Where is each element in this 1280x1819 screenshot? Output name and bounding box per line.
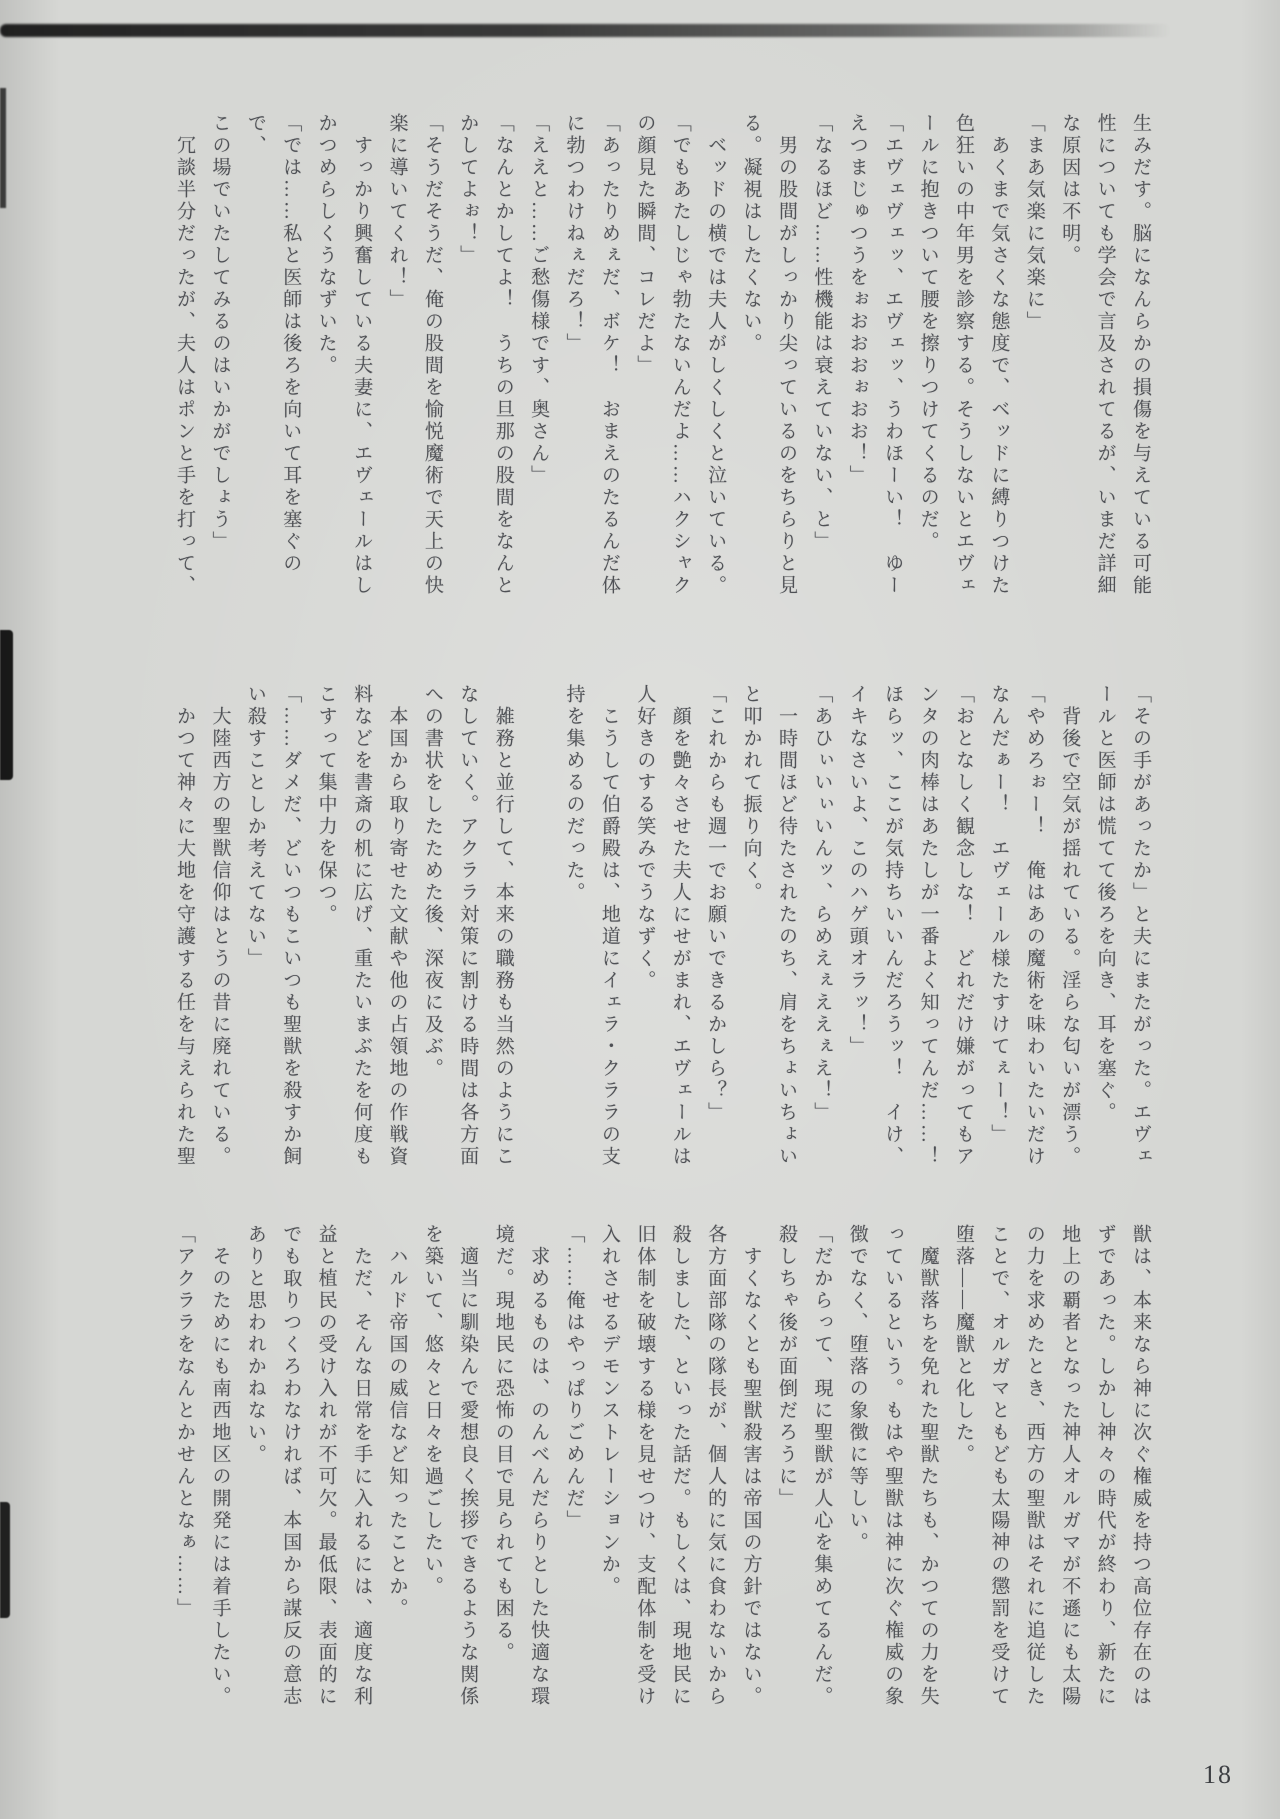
text-column: 旧体制を破壊する様を見せつけ、支配体制を受け xyxy=(627,1224,662,1724)
text-column: 大陸西方の聖獣信仰はとうの昔に廃れている。 xyxy=(202,684,237,1184)
text-column: ただ、そんな日常を手に入れるには、適度な利 xyxy=(344,1224,379,1724)
text-column: ずであった。しかし神々の時代が終わり、新たに xyxy=(1087,1224,1122,1724)
text-column: 背後で空気が揺れている。淫らな匂いが漂う。 xyxy=(1052,684,1087,1184)
text-column: なんだぁー！ エヴェール様たすけてぇー！」 xyxy=(981,684,1016,1184)
text-column: 楽に導いてくれ！」 xyxy=(379,113,414,613)
text-column: 殺しました、といった話だ。もしくは、現地民に xyxy=(662,1224,697,1724)
text-column xyxy=(521,684,556,1184)
text-column: 雑務と並行して、本来の職務も当然のようにこ xyxy=(485,684,520,1184)
text-column: すっかり興奮している夫妻に、エヴェールはし xyxy=(344,113,379,613)
text-column: 「……俺はやっぱりごめんだ」 xyxy=(556,1224,591,1724)
text-column: る。凝視はしたくない。 xyxy=(733,113,768,613)
text-column: 境だ。現地民に恐怖の目で見られても困る。 xyxy=(485,1224,520,1724)
text-column: 生みだす。脳になんらかの損傷を与えている可能 xyxy=(1123,113,1158,613)
text-column: かつめらしくうなずいた。 xyxy=(308,113,343,613)
text-column: 獣は、本来なら神に次ぐ権威を持つ高位存在のは xyxy=(1123,1224,1158,1724)
text-column: 徴でなく、堕落の象徴に等しい。 xyxy=(839,1224,874,1724)
text-column: 「なんとかしてよ！ うちの旦那の股間をなんと xyxy=(485,113,520,613)
scanned-book-page: { "document": { "language": "ja", "writi… xyxy=(0,0,1280,1819)
text-column: こすって集中力を保つ。 xyxy=(308,684,343,1184)
text-column: ハルド帝国の威信など知ったことか。 xyxy=(379,1224,414,1724)
text-column: 冗談半分だったが、夫人はポンと手を打って、 xyxy=(167,113,202,613)
text-column: を築いて、悠々と日々を過ごしたい。 xyxy=(414,1224,449,1724)
text-column: ールに抱きついて腰を擦りつけてくるのだ。 xyxy=(910,113,945,613)
text-column: 「あひぃいぃいんッ、らめえぇええぇえ！」 xyxy=(804,684,839,1184)
text-column: い殺すことしか考えてない」 xyxy=(237,684,272,1184)
scan-smudge-left-middle xyxy=(0,630,13,780)
text-column: 「でもあたしじゃ勃たないんだよ……ハクシャク xyxy=(662,113,697,613)
text-column: 一時間ほど待たされたのち、肩をちょいちょい xyxy=(769,684,804,1184)
text-column: そのためにも南西地区の開発には着手したい。 xyxy=(202,1224,237,1724)
text-column: に勃つわけねぇだろ！」 xyxy=(556,113,591,613)
text-column: 堕落――魔獣と化した。 xyxy=(946,1224,981,1724)
text-column: 益と植民の受け入れが不可欠。最低限、表面的に xyxy=(308,1224,343,1724)
text-column: なしていく。アクララ対策に割ける時間は各方面 xyxy=(450,684,485,1184)
text-column: 「アクララをなんとかせんとなぁ……」 xyxy=(167,1224,202,1724)
text-column: すくなくとも聖獣殺害は帝国の方針ではない。 xyxy=(733,1224,768,1724)
text-column: イキなさいよ、このハゲ頭オラッ！」 xyxy=(839,684,874,1184)
text-column: 「これからも週一でお願いできるかしら？」 xyxy=(698,684,733,1184)
text-column: かしてよぉ！」 xyxy=(450,113,485,613)
text-column: 持を集めるのだった。 xyxy=(556,684,591,1184)
text-column: 「ええと……ご愁傷様です、奥さん」 xyxy=(521,113,556,613)
text-column: あくまで気さくな態度で、ベッドに縛りつけた xyxy=(981,113,1016,613)
text-band-top: 生みだす。脳になんらかの損傷を与えている可能性についても学会で言及されてるが、い… xyxy=(167,113,1158,613)
text-column: っているという。もはや聖獣は神に次ぐ権威の象 xyxy=(875,1224,910,1724)
text-column: 人好きのする笑みでうなずく。 xyxy=(627,684,662,1184)
text-column: 顔を艶々させた夫人にせがまれ、エヴェールは xyxy=(662,684,697,1184)
text-column: 「だからって、現に聖獣が人心を集めてるんだ。 xyxy=(804,1224,839,1724)
text-band-middle: 「その手があったか」と夫にまたがった。エヴェールと医師は慌てて後ろを向き、耳を塞… xyxy=(167,684,1158,1184)
text-column: こうして伯爵殿は、地道にイェラ・クララの支 xyxy=(592,684,627,1184)
text-column: 色狂いの中年男を診察する。そうしないとエヴェ xyxy=(946,113,981,613)
text-column: 「まあ気楽に気楽に」 xyxy=(1016,113,1051,613)
text-column: 「なるほど……性機能は衰えていない、と」 xyxy=(804,113,839,613)
text-column: と叩かれて振り向く。 xyxy=(733,684,768,1184)
text-column: 料などを書斎の机に広げ、重たいまぶたを何度も xyxy=(344,684,379,1184)
text-column: 「……ダメだ、どいつもこいつも聖獣を殺すか飼 xyxy=(273,684,308,1184)
text-column: 性についても学会で言及されてるが、いまだ詳細 xyxy=(1087,113,1122,613)
text-column: えつまじゅつうをぉおおおぉおお！」 xyxy=(839,113,874,613)
text-column: 求めるものは、のんべんだらりとした快適な環 xyxy=(521,1224,556,1724)
scan-smudge-left-upper xyxy=(0,88,6,208)
page-number: 18 xyxy=(1203,1760,1233,1790)
text-column: ンタの肉棒はあたしが一番よく知ってんだ……！ xyxy=(910,684,945,1184)
text-column: な原因は不明。 xyxy=(1052,113,1087,613)
text-column: の力を求めたとき、西方の聖獣はそれに追従した xyxy=(1016,1224,1051,1724)
text-column: 「その手があったか」と夫にまたがった。エヴェ xyxy=(1123,684,1158,1184)
text-column: ールと医師は慌てて後ろを向き、耳を塞ぐ。 xyxy=(1087,684,1122,1184)
text-column: かつて神々に大地を守護する任を与えられた聖 xyxy=(167,684,202,1184)
text-column: 「あったりめぇだ、ボケ！ おまえのたるんだ体 xyxy=(592,113,627,613)
scan-smudge-left-lower xyxy=(0,1502,10,1618)
text-column: 各方面部隊の隊長が、個人的に気に食わないから xyxy=(698,1224,733,1724)
text-column: 「やめろぉー！ 俺はあの魔術を味わいたいだけ xyxy=(1016,684,1051,1184)
text-column: への書状をしたためた後、深夜に及ぶ。 xyxy=(414,684,449,1184)
text-column: ベッドの横では夫人がしくしくと泣いている。 xyxy=(698,113,733,613)
text-column: 「おとなしく観念しな！ どれだけ嫌がってもア xyxy=(946,684,981,1184)
text-column: でも取りつくろわなければ、本国から謀反の意志 xyxy=(273,1224,308,1724)
text-column: 男の股間がしっかり尖っているのをちらりと見 xyxy=(769,113,804,613)
text-column: 地上の覇者となった神人オルガマが不遜にも太陽 xyxy=(1052,1224,1087,1724)
text-column: 「では……私と医師は後ろを向いて耳を塞ぐので、 xyxy=(237,113,308,613)
text-column: 適当に馴染んで愛想良く挨拶できるような関係 xyxy=(450,1224,485,1724)
text-column: この場でいたしてみるのはいかがでしょう」 xyxy=(202,113,237,613)
scan-smudge-top xyxy=(0,24,1170,37)
text-column: 入れさせるデモンストレーションか。 xyxy=(592,1224,627,1724)
text-column: 「エヴェヴェッ、エヴェッ、うわほーい！ ゆー xyxy=(875,113,910,613)
text-column: 殺しちゃ後が面倒だろうに」 xyxy=(769,1224,804,1724)
text-column: 魔獣落ちを免れた聖獣たちも、かつての力を失 xyxy=(910,1224,945,1724)
text-band-bottom: 獣は、本来なら神に次ぐ権威を持つ高位存在のはずであった。しかし神々の時代が終わり… xyxy=(167,1224,1158,1724)
text-column: 「そうだそうだ、俺の股間を愉悦魔術で天上の快 xyxy=(414,113,449,613)
text-column: ことで、オルガマともども太陽神の懲罰を受けて xyxy=(981,1224,1016,1724)
text-column: ほらッ、ここが気持ちいいんだろうッ！ イけ、 xyxy=(875,684,910,1184)
text-column: 本国から取り寄せた文献や他の占領地の作戦資 xyxy=(379,684,414,1184)
text-column: の顔見た瞬間、コレだよ」 xyxy=(627,113,662,613)
text-column: ありと思われかねない。 xyxy=(237,1224,272,1724)
